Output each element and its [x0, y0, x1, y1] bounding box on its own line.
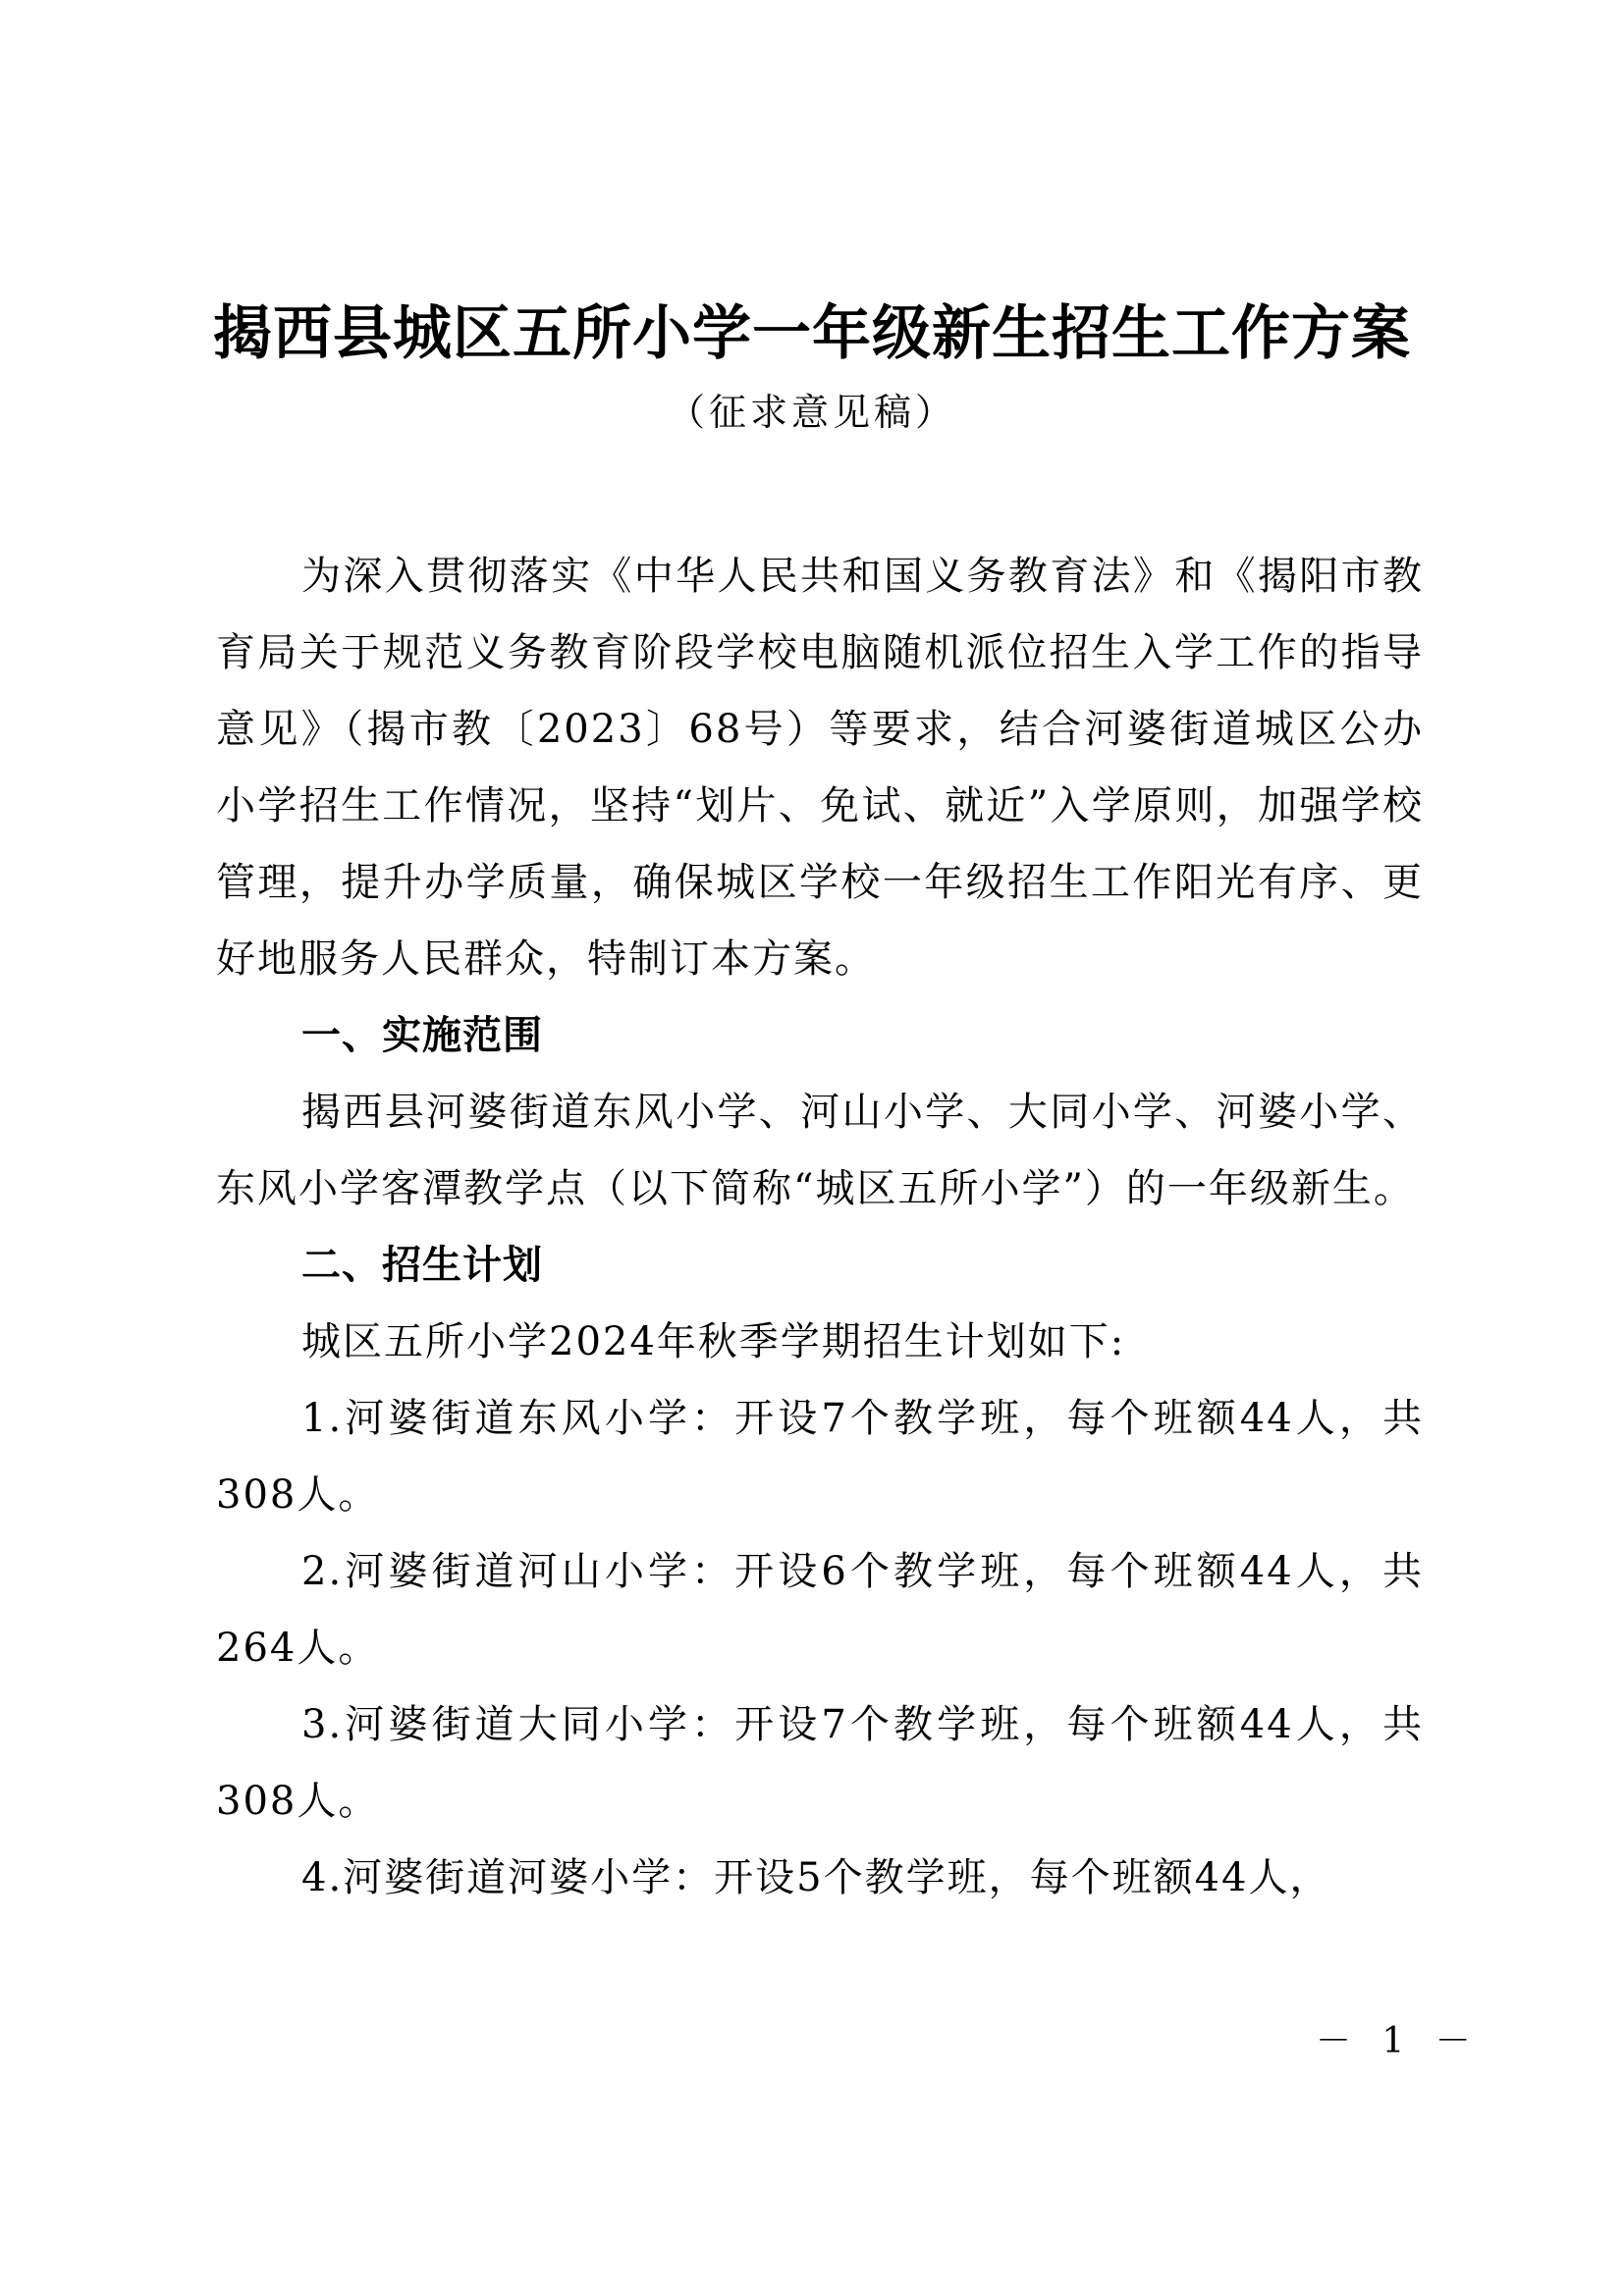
plan-intro-paragraph: 城区五所小学2024年秋季学期招生计划如下:: [216, 1304, 1424, 1380]
section-heading-plan: 二、招生计划: [216, 1227, 1424, 1304]
section-heading-scope: 一、实施范围: [216, 997, 1424, 1074]
document-page: 揭西县城区五所小学一年级新生招生工作方案 （征求意见稿） 为深入贯彻落实《中华人…: [0, 0, 1624, 2296]
scope-paragraph: 揭西县河婆街道东风小学、河山小学、大同小学、河婆小学、东风小学客潭教学点（以下简…: [216, 1074, 1424, 1227]
plan-item-1: 1.河婆街道东风小学：开设7个教学班，每个班额44人，共308人。: [216, 1380, 1424, 1533]
page-number: － 1 －: [1316, 2022, 1481, 2061]
plan-item-2: 2.河婆街道河山小学：开设6个教学班，每个班额44人，共264人。: [216, 1533, 1424, 1686]
plan-item-4: 4.河婆街道河婆小学：开设5个教学班，每个班额44人，: [216, 1840, 1424, 1916]
intro-paragraph: 为深入贯彻落实《中华人民共和国义务教育法》和《揭阳市教育局关于规范义务教育阶段学…: [216, 538, 1424, 997]
document-title: 揭西县城区五所小学一年级新生招生工作方案: [0, 294, 1624, 373]
document-body: 为深入贯彻落实《中华人民共和国义务教育法》和《揭阳市教育局关于规范义务教育阶段学…: [216, 538, 1424, 1916]
plan-item-3: 3.河婆街道大同小学：开设7个教学班，每个班额44人，共308人。: [216, 1686, 1424, 1840]
document-subtitle: （征求意见稿）: [0, 388, 1624, 437]
